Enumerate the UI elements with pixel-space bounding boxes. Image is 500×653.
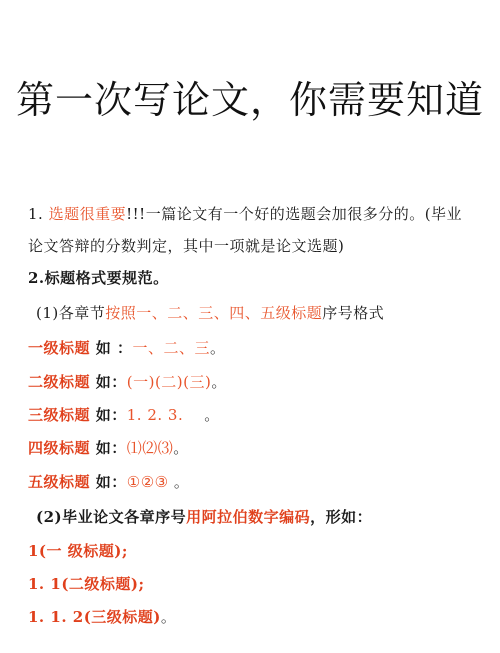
level-sep: 如： [90,439,127,457]
level-sep: 如： [90,373,127,391]
level-end: 。 [169,473,190,491]
level-example: (一)(二)(三) [127,373,212,391]
example-row-2: 1. 1(二级标题); [28,574,145,594]
level-example: 1. 2. 3. [127,406,183,424]
section1-highlight: 选题很重要 [49,205,127,223]
level-row-5: 五级标题 如：①②③ 。 [28,472,189,492]
sub2-suffix: ，形如： [310,508,372,526]
example-text: 1. 1. 2(三级标题) [28,608,161,626]
level-end: 。 [173,439,189,457]
section2-sub1: (1)各章节按照一、二、三、四、五级标题序号格式 [36,303,384,323]
example-end: 。 [161,608,177,626]
level-sep: 如： [90,473,127,491]
section2-heading: 2.标题格式要规范。 [28,268,169,288]
sub1-highlight: 按照一、二、三、四、五级标题 [105,304,322,322]
example-text: 1. 1(二级标题); [28,575,145,593]
level-row-2: 二级标题 如：(一)(二)(三)。 [28,372,227,392]
level-label: 一级标题 [28,339,90,357]
level-example: ①②③ [127,473,169,491]
sub2-highlight: 用阿拉伯数字编码 [186,508,310,526]
level-label: 二级标题 [28,373,90,391]
level-end: 。 [211,373,227,391]
level-row-3: 三级标题 如：1. 2. 3. 。 [28,405,220,425]
level-row-1: 一级标题 如 ：一、二、三。 [28,338,226,358]
level-example: ⑴⑵⑶ [127,439,174,457]
section1-number: 1. [28,205,49,223]
level-end: 。 [183,406,220,424]
sub2-prefix: (2)毕业论文各章序号 [36,508,186,526]
level-example: 一、二、三 [132,339,210,357]
level-label: 五级标题 [28,473,90,491]
section1-text: !!!一篇论文有一个好的选题会加很多分的。(毕业 [126,205,462,223]
level-end: 。 [210,339,226,357]
level-sep: 如： [90,406,127,424]
level-label: 三级标题 [28,406,90,424]
level-label: 四级标题 [28,439,90,457]
example-row-3: 1. 1. 2(三级标题)。 [28,607,176,627]
level-row-4: 四级标题 如：⑴⑵⑶。 [28,438,189,458]
article-title: 第一次写论文，你需要知道 [0,76,500,124]
sub1-suffix: 序号格式 [322,304,384,322]
sub1-prefix: (1)各章节 [36,304,105,322]
section1-line2: 论文答辩的分数判定，其中一项就是论文选题) [28,236,344,256]
example-row-1: 1(一 级标题); [28,541,128,561]
section1-line1: 1. 选题很重要!!!一篇论文有一个好的选题会加很多分的。(毕业 [28,204,462,224]
level-sep: 如 ： [90,339,132,357]
example-text: 1(一 级标题); [28,542,128,560]
section2-sub2: (2)毕业论文各章序号用阿拉伯数字编码，形如： [36,507,372,527]
